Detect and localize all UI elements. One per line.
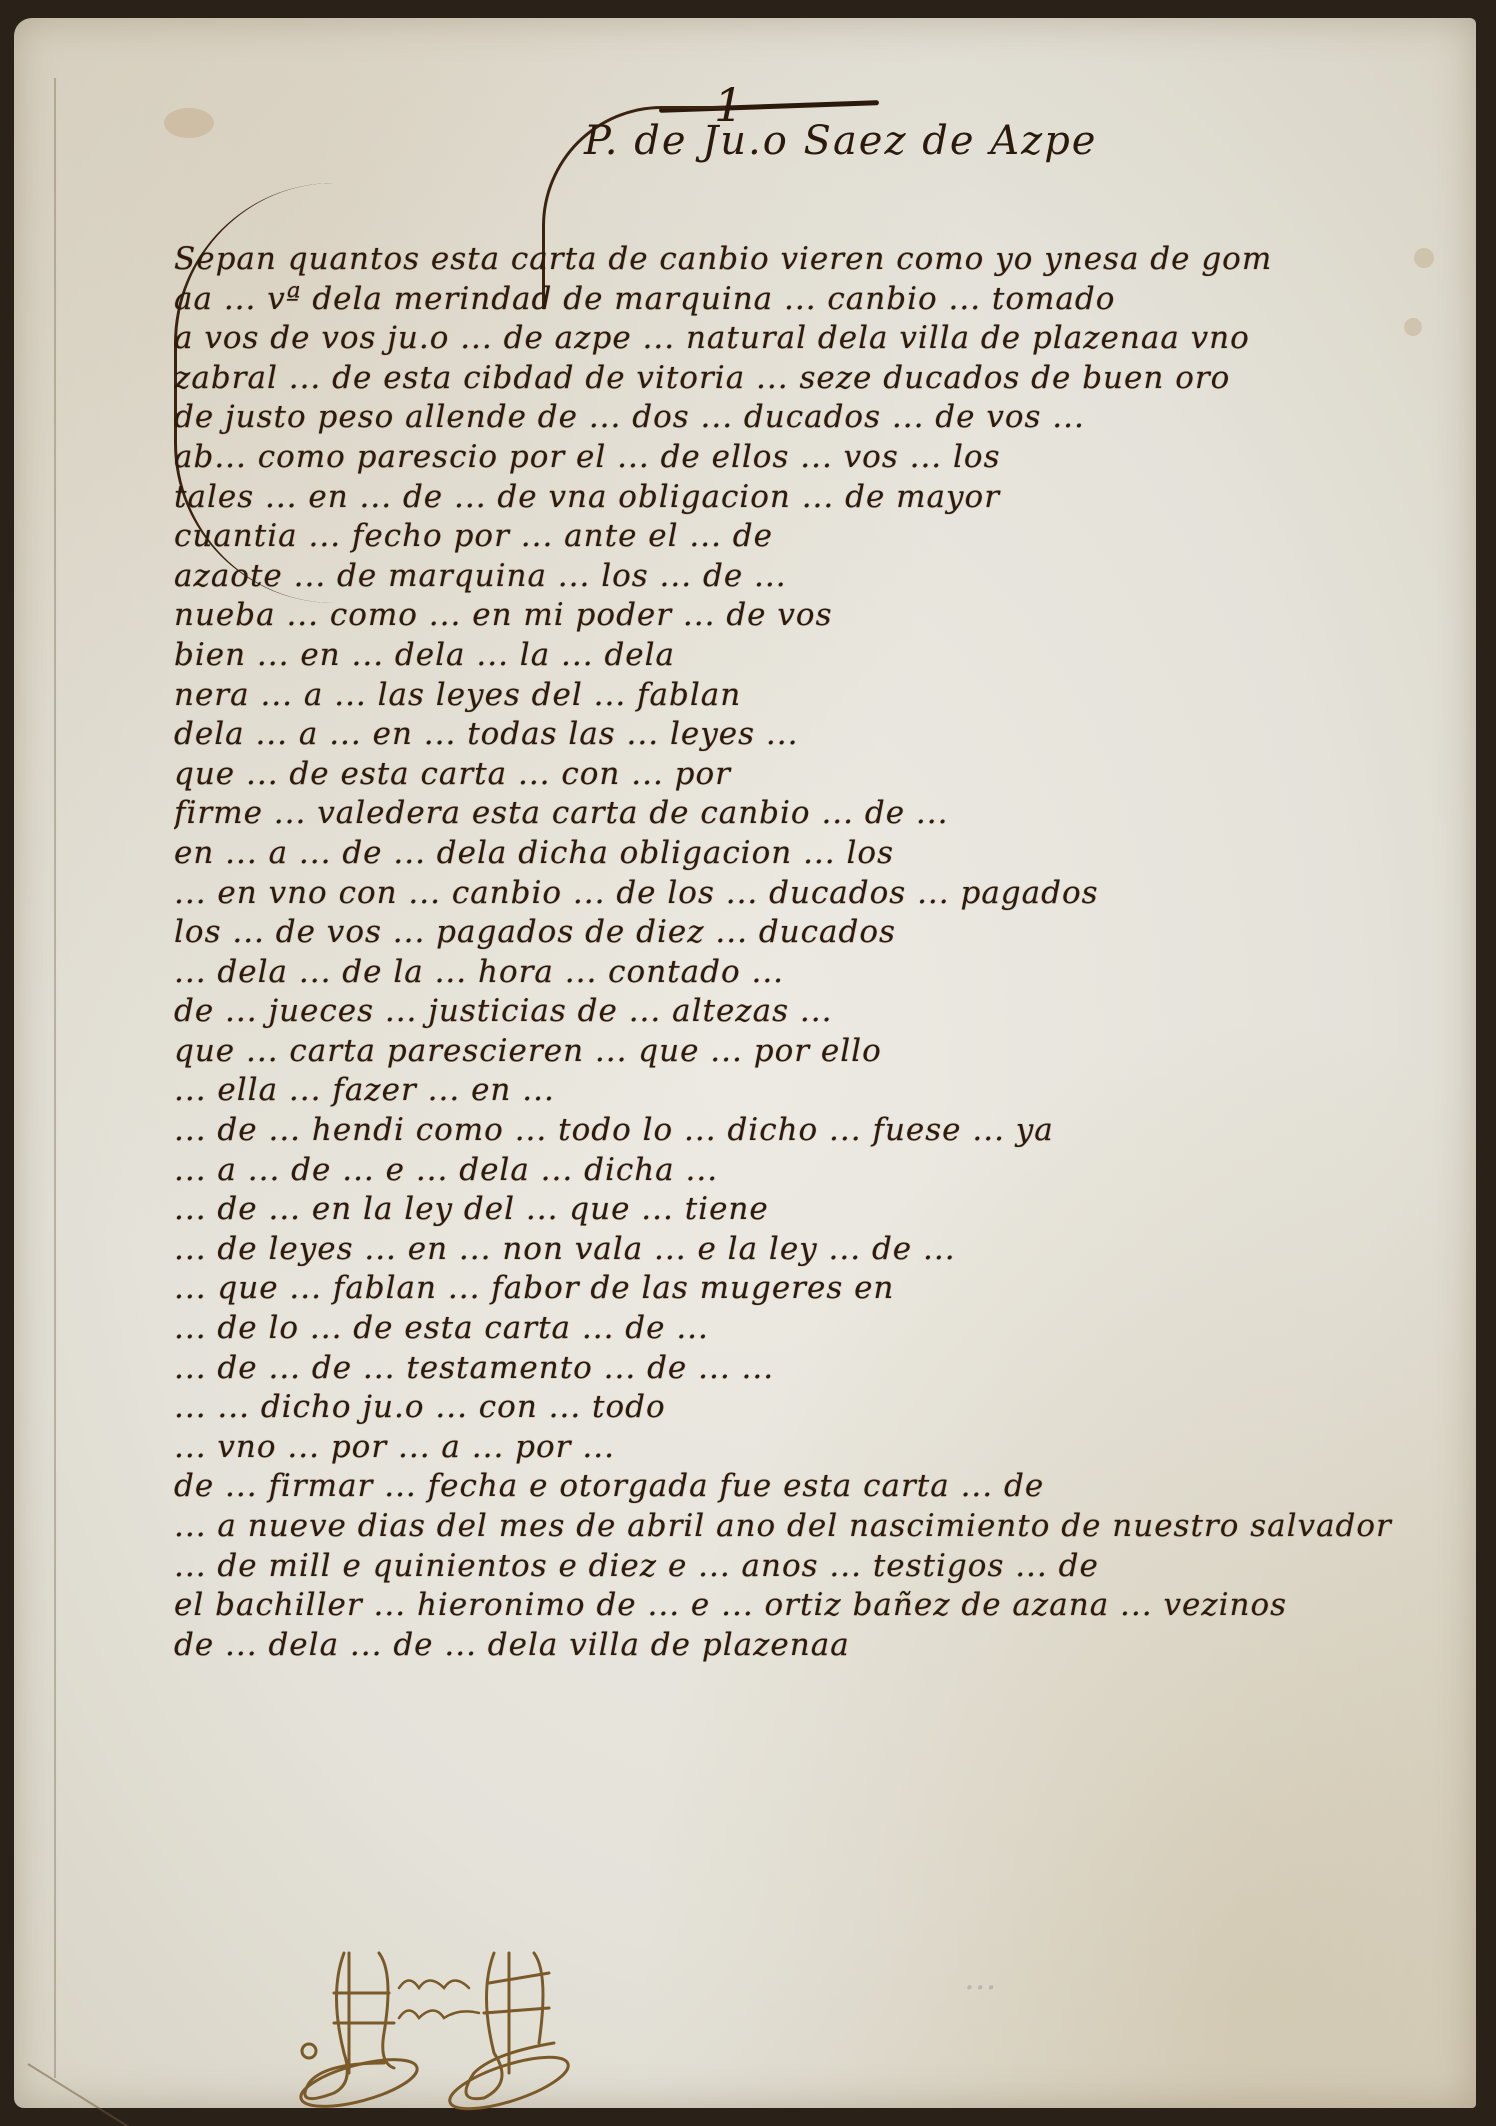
- manuscript-line: cuantia ... fecho por ... ante el ... de: [174, 517, 1434, 557]
- manuscript-line: ... de ... hendi como ... todo lo ... di…: [174, 1111, 1434, 1151]
- manuscript-line: de justo peso allende de ... dos ... duc…: [174, 398, 1434, 438]
- manuscript-line: ... de leyes ... en ... non vala ... e l…: [174, 1230, 1434, 1270]
- manuscript-line: dela ... a ... en ... todas las ... leye…: [174, 715, 1434, 755]
- manuscript-line: ab... como parescio por el ... de ellos …: [174, 438, 1434, 478]
- manuscript-line: ... de mill e quinientos e diez e ... an…: [174, 1547, 1434, 1587]
- manuscript-line: ... en vno con ... canbio ... de los ...…: [174, 874, 1434, 914]
- manuscript-line: azaote ... de marquina ... los ... de ..…: [174, 557, 1434, 597]
- manuscript-line: ... de ... de ... testamento ... de ... …: [174, 1349, 1434, 1389]
- manuscript-line: firme ... valedera esta carta de canbio …: [174, 794, 1434, 834]
- manuscript-line: ... ella ... fazer ... en ...: [174, 1071, 1434, 1111]
- manuscript-line: ... a nueve dias del mes de abril ano de…: [174, 1507, 1434, 1547]
- document-heading: P. de Ju.o Saez de Azpe: [584, 118, 1097, 164]
- manuscript-line: en ... a ... de ... dela dicha obligacio…: [174, 834, 1434, 874]
- manuscript-line: que ... carta parescieren ... que ... po…: [174, 1032, 1434, 1072]
- manuscript-line: los ... de vos ... pagados de diez ... d…: [174, 913, 1434, 953]
- manuscript-line: ... a ... de ... e ... dela ... dicha ..…: [174, 1151, 1434, 1191]
- manuscript-line: bien ... en ... dela ... la ... dela: [174, 636, 1434, 676]
- manuscript-line: de ... firmar ... fecha e otorgada fue e…: [174, 1467, 1434, 1507]
- manuscript-line: aa ... vª dela merindad de marquina ... …: [174, 280, 1434, 320]
- manuscript-line: ... vno ... por ... a ... por ...: [174, 1428, 1434, 1468]
- manuscript-page: 1 P. de Ju.o Saez de Azpe Sepan quantos …: [14, 18, 1476, 2108]
- manuscript-line: ... que ... fablan ... fabor de las muge…: [174, 1269, 1434, 1309]
- manuscript-body: Sepan quantos esta carta de canbio viere…: [174, 240, 1434, 1665]
- manuscript-line: de ... dela ... de ... dela villa de pla…: [174, 1626, 1434, 1666]
- manuscript-line: nueba ... como ... en mi poder ... de vo…: [174, 596, 1434, 636]
- manuscript-line: tales ... en ... de ... de vna obligacio…: [174, 478, 1434, 518]
- manuscript-line: ... de ... en la ley del ... que ... tie…: [174, 1190, 1434, 1230]
- manuscript-line: ... de lo ... de esta carta ... de ...: [174, 1309, 1434, 1349]
- manuscript-line: ... ... dicho ju.o ... con ... todo: [174, 1388, 1434, 1428]
- manuscript-line: nera ... a ... las leyes del ... fablan: [174, 676, 1434, 716]
- manuscript-line: Sepan quantos esta carta de canbio viere…: [174, 240, 1434, 280]
- bleed-through-ink: ...: [964, 1958, 996, 1998]
- manuscript-line: zabral ... de esta cibdad de vitoria ...…: [174, 359, 1434, 399]
- corner-crease: [27, 2063, 130, 2126]
- manuscript-line: ... dela ... de la ... hora ... contado …: [174, 953, 1434, 993]
- manuscript-line: el bachiller ... hieronimo de ... e ... …: [174, 1586, 1434, 1626]
- manuscript-line: a vos de vos ju.o ... de azpe ... natura…: [174, 319, 1434, 359]
- stain: [164, 108, 214, 138]
- page-edge-line: [54, 78, 56, 2078]
- manuscript-line: de ... jueces ... justicias de ... altez…: [174, 992, 1434, 1032]
- manuscript-line: que ... de esta carta ... con ... por: [174, 755, 1434, 795]
- notary-signature-rubric: [284, 1933, 584, 2113]
